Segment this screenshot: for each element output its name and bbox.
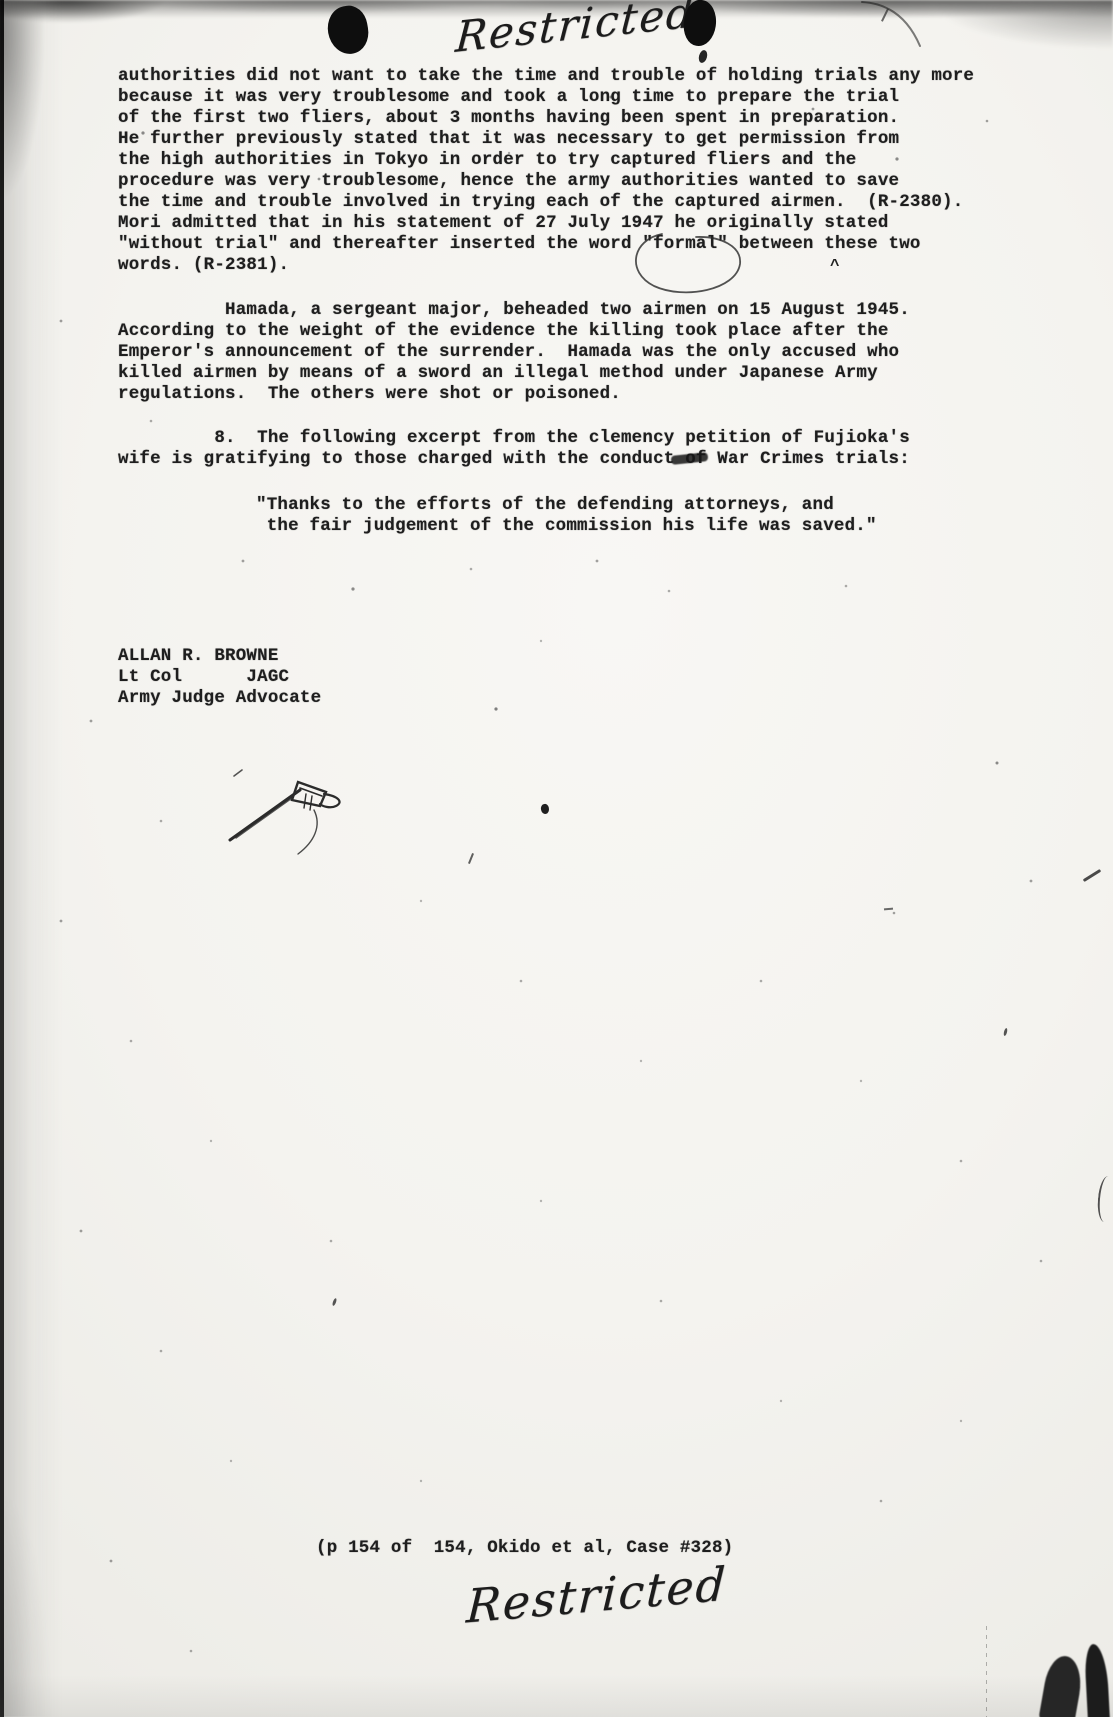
page-footer-note: (p 154 of 154, Okido et al, Case #328): [316, 1538, 733, 1559]
ink-blot: [1084, 1643, 1110, 1717]
scan-mottle-bottom: [0, 1657, 1113, 1717]
handwritten-doodle: [222, 768, 354, 860]
signature-rank: Lt Col JAGC: [118, 667, 289, 688]
scan-artifact: [1003, 1028, 1008, 1036]
scan-artifact: [884, 908, 893, 911]
signature-name: ALLAN R. BROWNE: [118, 646, 279, 667]
scan-speckles: [0, 0, 2, 2]
scan-artifact: [540, 803, 550, 814]
scan-artifact: [1083, 869, 1102, 882]
body-paragraph-1: authorities did not want to take the tim…: [118, 66, 974, 276]
body-paragraph-2: Hamada, a sergeant major, beheaded two a…: [118, 300, 910, 405]
inserted-word-caret: ^: [830, 258, 840, 274]
scan-edge-strip: [0, 0, 4, 1717]
document-page: Restricted authorities did not want to t…: [0, 0, 1113, 1717]
body-paragraph-3: 8. The following excerpt from the clemen…: [118, 428, 910, 470]
scan-artifact: [468, 853, 474, 864]
scan-artifact: [332, 1298, 338, 1307]
signature-title: Army Judge Advocate: [118, 688, 321, 709]
scan-crease: [986, 1626, 987, 1717]
scan-artifact: [1096, 1175, 1113, 1222]
pen-circle-formal: [628, 230, 748, 302]
restricted-stamp-bottom: Restricted: [465, 1556, 728, 1633]
pen-arc-mark: [858, 0, 930, 48]
clemency-quote: "Thanks to the efforts of the defending …: [256, 495, 877, 537]
scan-mottle-left: [0, 0, 70, 1717]
